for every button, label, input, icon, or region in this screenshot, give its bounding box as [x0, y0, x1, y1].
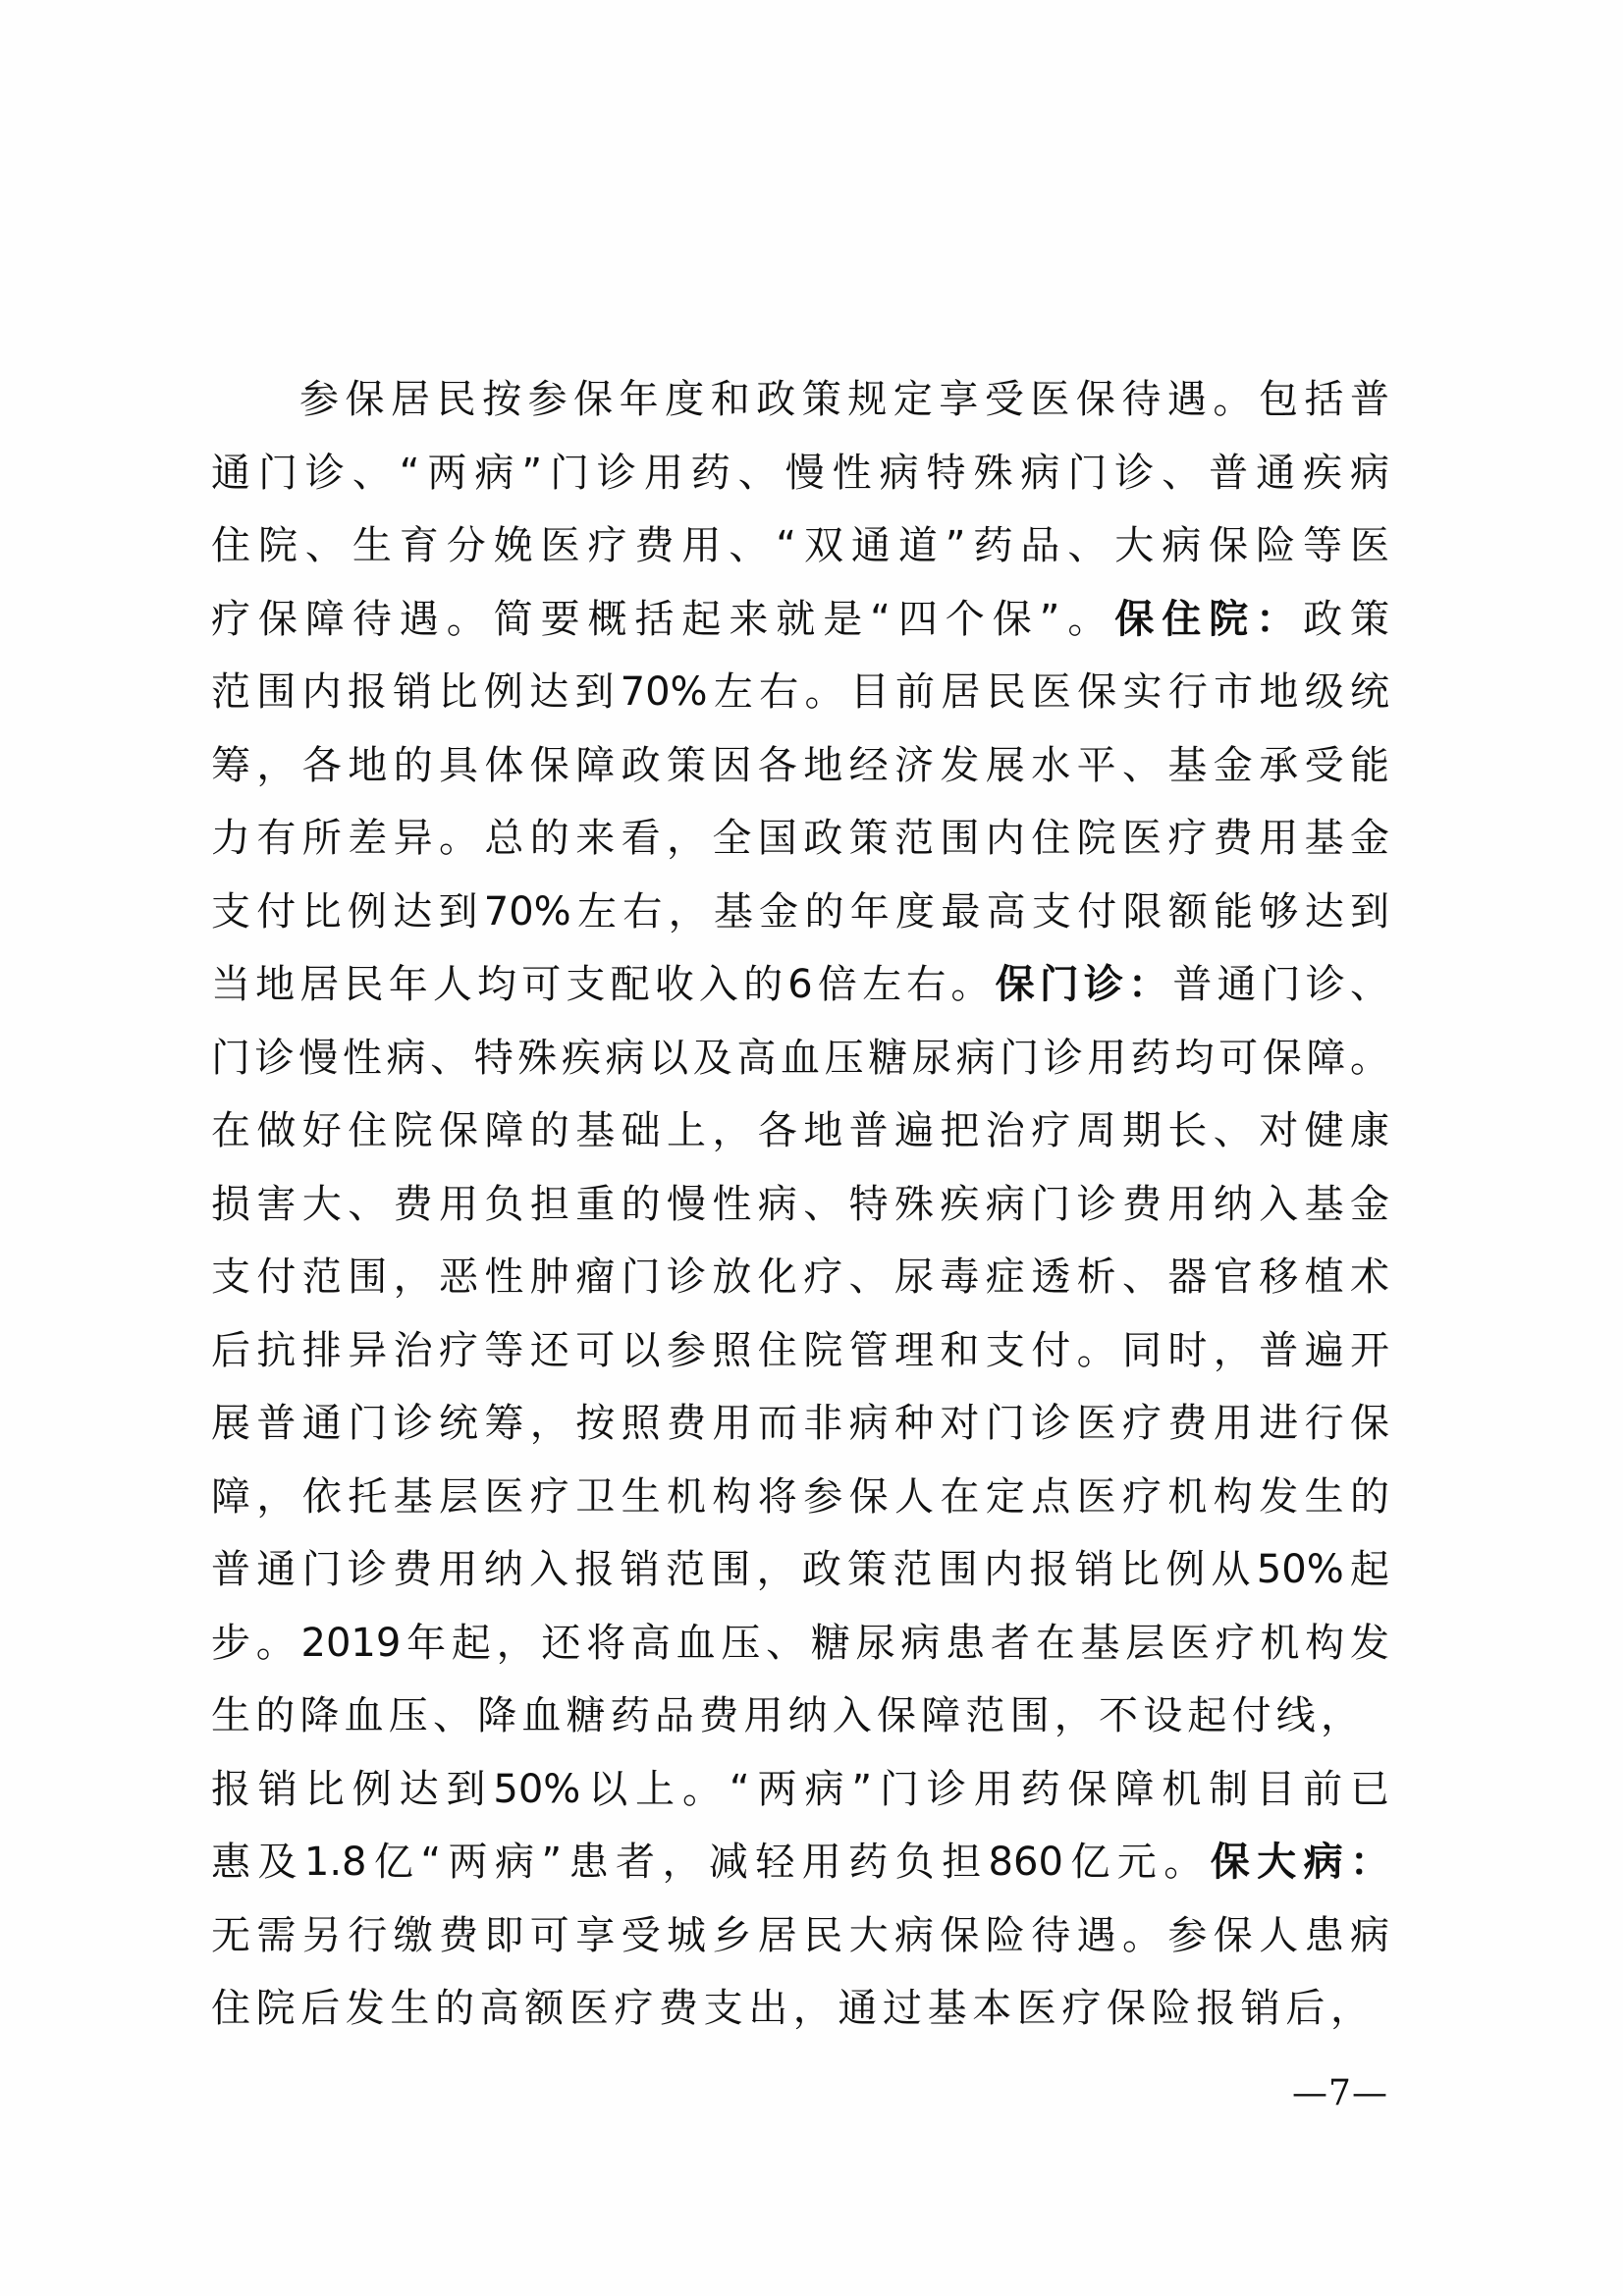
text-segment: 生的降血压、降血糖药品费用纳入保障范围，不设起付线，: [211, 1693, 1365, 1738]
text-segment: 住院、生育分娩医疗费用、“双通道”药品、大病保险等医: [211, 523, 1389, 568]
text-line: 普通门诊费用纳入报销范围，政策范围内报销比例从50%起: [211, 1533, 1389, 1607]
section-heading-inline: 保大病：: [1211, 1840, 1389, 1885]
text-line: 参保居民按参保年度和政策规定享受医保待遇。包括普: [211, 363, 1389, 437]
text-segment: 后抗排异治疗等还可以参照住院管理和支付。同时，普遍开: [211, 1328, 1389, 1373]
text-segment: 普通门诊、: [1172, 962, 1389, 1007]
text-line: 障，依托基层医疗卫生机构将参保人在定点医疗机构发生的: [211, 1461, 1389, 1534]
text-line: 支付范围，恶性肿瘤门诊放化疗、尿毒症透析、器官移植术: [211, 1241, 1389, 1314]
text-segment: 参保居民按参保年度和政策规定享受医保待遇。包括普: [299, 377, 1389, 422]
text-line: 范围内报销比例达到70%左右。目前居民医保实行市地级统: [211, 656, 1389, 729]
text-segment: 支付范围，恶性肿瘤门诊放化疗、尿毒症透析、器官移植术: [211, 1255, 1389, 1300]
text-line: 支付比例达到70%左右，基金的年度最高支付限额能够达到: [211, 876, 1389, 949]
document-page: 参保居民按参保年度和政策规定享受医保待遇。包括普通门诊、“两病”门诊用药、慢性病…: [0, 0, 1623, 2296]
text-segment: 步。2019年起，还将高血压、糖尿病患者在基层医疗机构发: [211, 1621, 1389, 1666]
text-segment: 范围内报销比例达到70%左右。目前居民医保实行市地级统: [211, 669, 1389, 715]
text-line: 展普通门诊统筹，按照费用而非病种对门诊医疗费用进行保: [211, 1387, 1389, 1461]
section-heading-inline: 保门诊：: [996, 962, 1173, 1007]
text-line: 惠及1.8亿“两病”患者，减轻用药负担860亿元。保大病：: [211, 1826, 1389, 1899]
text-line: 筹，各地的具体保障政策因各地经济发展水平、基金承受能: [211, 729, 1389, 803]
text-segment: 支付比例达到70%左右，基金的年度最高支付限额能够达到: [211, 889, 1389, 934]
text-line: 生的降血压、降血糖药品费用纳入保障范围，不设起付线，: [211, 1680, 1389, 1753]
text-segment: 展普通门诊统筹，按照费用而非病种对门诊医疗费用进行保: [211, 1401, 1389, 1446]
text-line: 在做好住院保障的基础上，各地普遍把治疗周期长、对健康: [211, 1095, 1389, 1168]
text-line: 后抗排异治疗等还可以参照住院管理和支付。同时，普遍开: [211, 1314, 1389, 1388]
text-line: 力有所差异。总的来看，全国政策范围内住院医疗费用基金: [211, 802, 1389, 876]
text-segment: 在做好住院保障的基础上，各地普遍把治疗周期长、对健康: [211, 1108, 1389, 1153]
text-line: 门诊慢性病、特殊疾病以及高血压糖尿病门诊用药均可保障。: [211, 1022, 1389, 1095]
text-line: 通门诊、“两病”门诊用药、慢性病特殊病门诊、普通疾病: [211, 437, 1389, 510]
text-segment: 力有所差异。总的来看，全国政策范围内住院医疗费用基金: [211, 816, 1389, 861]
section-heading-inline: 保住院：: [1114, 597, 1303, 642]
text-segment: 门诊慢性病、特殊疾病以及高血压糖尿病门诊用药均可保障。: [211, 1036, 1389, 1081]
text-line: 报销比例达到50%以上。“两病”门诊用药保障机制目前已: [211, 1753, 1389, 1827]
text-segment: 惠及1.8亿“两病”患者，减轻用药负担860亿元。: [211, 1840, 1211, 1885]
text-line: 疗保障待遇。简要概括起来就是“四个保”。保住院：政策: [211, 583, 1389, 657]
text-segment: 无需另行缴费即可享受城乡居民大病保险待遇。参保人患病: [211, 1913, 1389, 1958]
text-line: 无需另行缴费即可享受城乡居民大病保险待遇。参保人患病: [211, 1899, 1389, 1973]
text-line: 住院、生育分娩医疗费用、“双通道”药品、大病保险等医: [211, 509, 1389, 583]
page-number: —7—: [1276, 2073, 1404, 2113]
text-segment: 政策: [1303, 597, 1389, 642]
text-segment: 当地居民年人均可支配收入的6倍左右。: [211, 962, 996, 1007]
text-segment: 通门诊、“两病”门诊用药、慢性病特殊病门诊、普通疾病: [211, 451, 1389, 496]
text-segment: 障，依托基层医疗卫生机构将参保人在定点医疗机构发生的: [211, 1474, 1389, 1520]
text-segment: 报销比例达到50%以上。“两病”门诊用药保障机制目前已: [211, 1767, 1389, 1812]
text-segment: 普通门诊费用纳入报销范围，政策范围内报销比例从50%起: [211, 1547, 1389, 1592]
text-segment: 筹，各地的具体保障政策因各地经济发展水平、基金承受能: [211, 743, 1389, 788]
text-line: 步。2019年起，还将高血压、糖尿病患者在基层医疗机构发: [211, 1607, 1389, 1681]
body-paragraph: 参保居民按参保年度和政策规定享受医保待遇。包括普通门诊、“两病”门诊用药、慢性病…: [211, 363, 1389, 2046]
text-line: 当地居民年人均可支配收入的6倍左右。保门诊：普通门诊、: [211, 948, 1389, 1022]
text-segment: 损害大、费用负担重的慢性病、特殊疾病门诊费用纳入基金: [211, 1182, 1389, 1227]
text-segment: 疗保障待遇。简要概括起来就是“四个保”。: [211, 597, 1114, 642]
text-segment: 住院后发生的高额医疗费支出，通过基本医疗保险报销后，: [211, 1986, 1376, 2031]
text-line: 住院后发生的高额医疗费支出，通过基本医疗保险报销后，: [211, 1972, 1389, 2046]
text-line: 损害大、费用负担重的慢性病、特殊疾病门诊费用纳入基金: [211, 1168, 1389, 1242]
